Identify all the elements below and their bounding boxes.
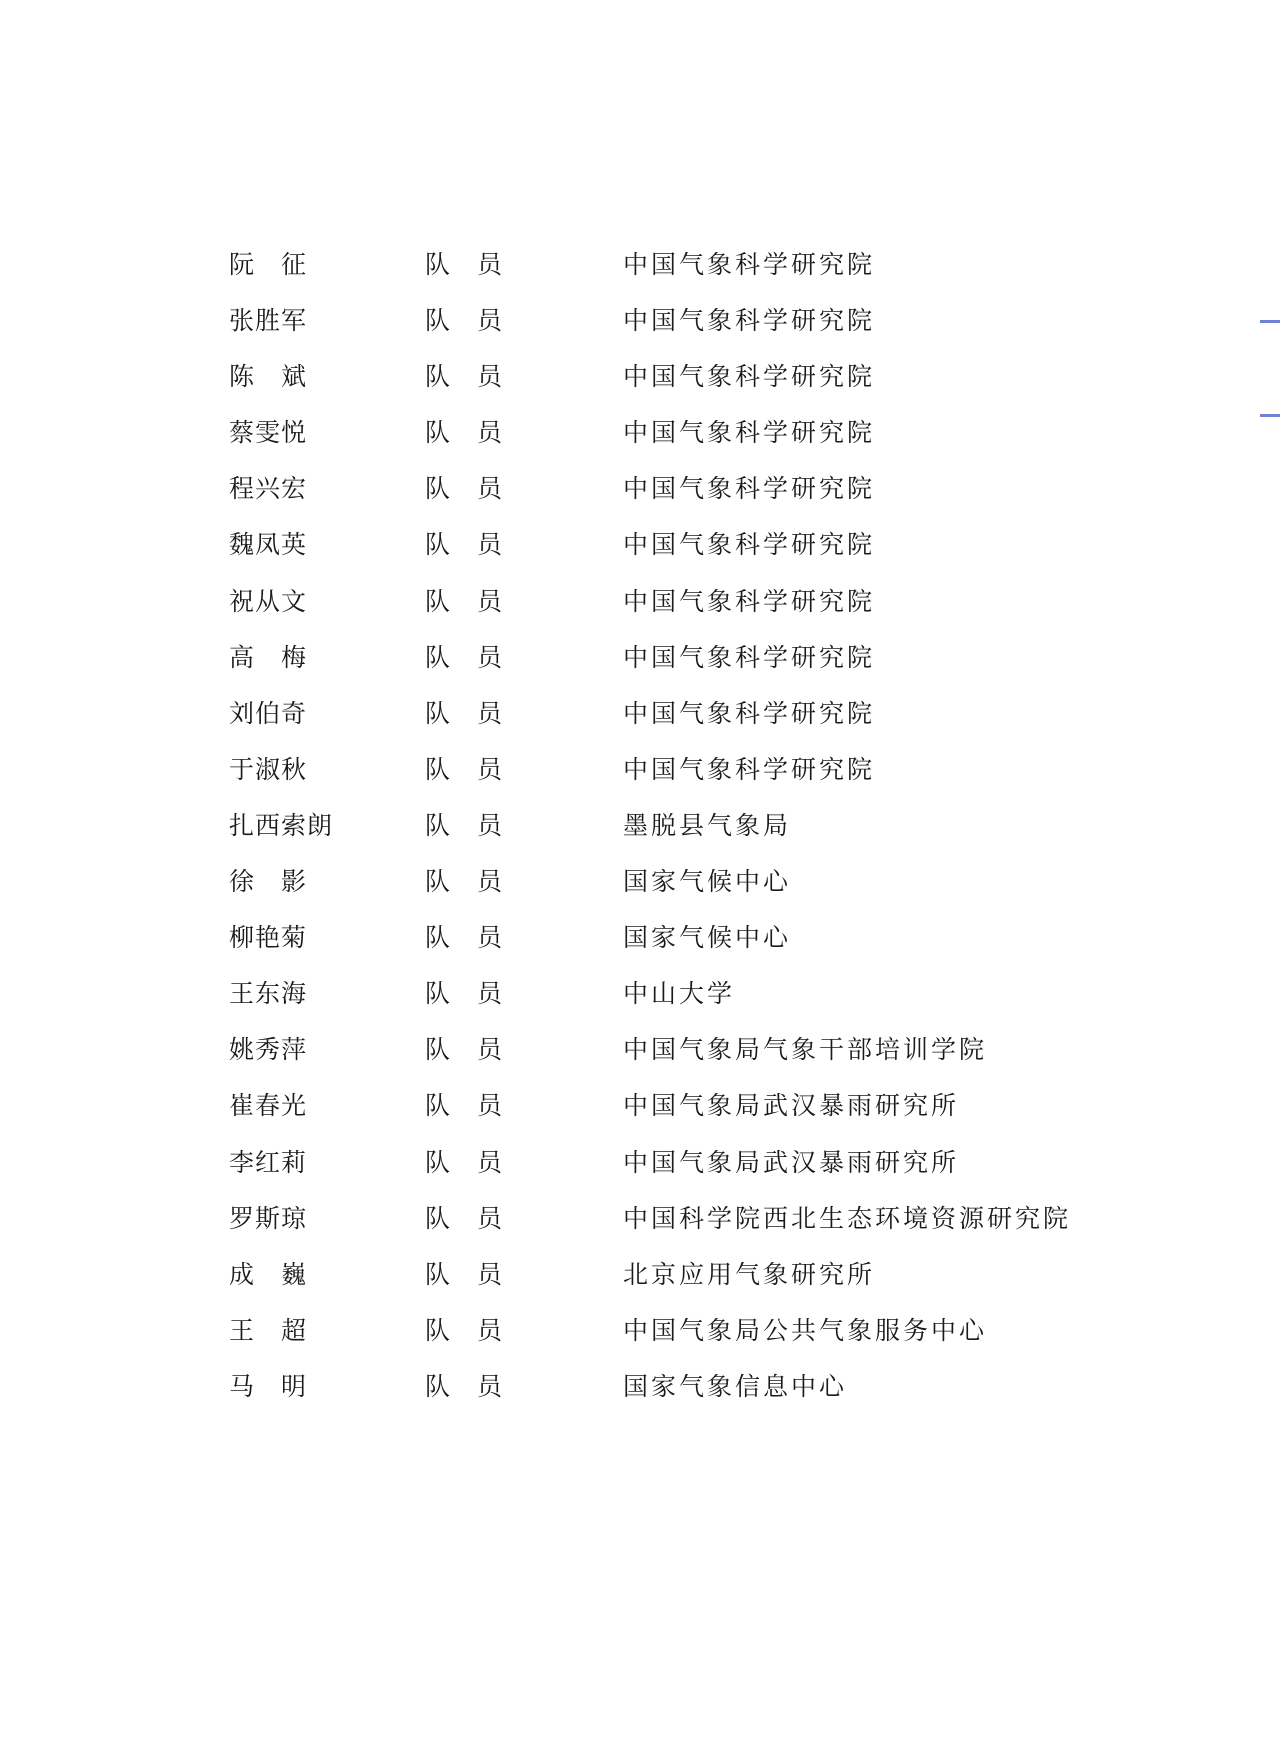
member-name: 柳艳菊 — [229, 922, 409, 954]
member-name: 罗斯琼 — [229, 1203, 409, 1235]
member-role: 队 员 — [425, 361, 545, 393]
member-role: 队 员 — [425, 978, 545, 1010]
member-org: 中国气象科学研究院 — [623, 642, 875, 674]
member-org: 墨脱县气象局 — [623, 810, 791, 842]
member-name: 陈 斌 — [229, 361, 409, 393]
member-org: 中国气象科学研究院 — [623, 698, 875, 730]
member-name: 蔡雯悦 — [229, 417, 409, 449]
member-org: 国家气象信息中心 — [623, 1371, 847, 1403]
member-role: 队 员 — [425, 642, 545, 674]
member-role: 队 员 — [425, 1371, 545, 1403]
member-org: 中国气象局武汉暴雨研究所 — [623, 1090, 959, 1122]
member-role: 队 员 — [425, 586, 545, 618]
member-role: 队 员 — [425, 417, 545, 449]
member-name: 程兴宏 — [229, 473, 409, 505]
member-org: 国家气候中心 — [623, 922, 791, 954]
member-role: 队 员 — [425, 529, 545, 561]
member-org: 中国气象科学研究院 — [623, 361, 875, 393]
member-name: 马 明 — [229, 1371, 409, 1403]
member-role: 队 员 — [425, 305, 545, 337]
member-role: 队 员 — [425, 473, 545, 505]
member-name: 祝从文 — [229, 586, 409, 618]
member-role: 队 员 — [425, 698, 545, 730]
member-role: 队 员 — [425, 1034, 545, 1066]
member-role: 队 员 — [425, 1259, 545, 1291]
member-org: 中国气象科学研究院 — [623, 305, 875, 337]
member-org: 中国科学院西北生态环境资源研究院 — [623, 1203, 1071, 1235]
member-org: 中国气象科学研究院 — [623, 586, 875, 618]
margin-mark — [1260, 320, 1280, 323]
member-role: 队 员 — [425, 1147, 545, 1179]
member-name: 刘伯奇 — [229, 698, 409, 730]
member-name: 李红莉 — [229, 1147, 409, 1179]
member-role: 队 员 — [425, 810, 545, 842]
member-role: 队 员 — [425, 1203, 545, 1235]
member-org: 中国气象科学研究院 — [623, 473, 875, 505]
member-name: 崔春光 — [229, 1090, 409, 1122]
member-org: 中国气象科学研究院 — [623, 249, 875, 281]
member-org: 国家气候中心 — [623, 866, 791, 898]
margin-mark — [1260, 414, 1280, 417]
member-name: 高 梅 — [229, 642, 409, 674]
member-name: 魏凤英 — [229, 529, 409, 561]
member-org: 中国气象局公共气象服务中心 — [623, 1315, 987, 1347]
member-role: 队 员 — [425, 1090, 545, 1122]
member-name: 于淑秋 — [229, 754, 409, 786]
member-role: 队 员 — [425, 249, 545, 281]
member-name: 成 巍 — [229, 1259, 409, 1291]
member-name: 张胜军 — [229, 305, 409, 337]
member-name: 阮 征 — [229, 249, 409, 281]
member-name: 王东海 — [229, 978, 409, 1010]
member-org: 中国气象科学研究院 — [623, 529, 875, 561]
member-name: 徐 影 — [229, 866, 409, 898]
member-role: 队 员 — [425, 922, 545, 954]
member-org: 中国气象科学研究院 — [623, 417, 875, 449]
member-role: 队 员 — [425, 866, 545, 898]
member-org: 北京应用气象研究所 — [623, 1259, 875, 1291]
document-page: 阮 征 队 员 中国气象科学研究院 张胜军 队 员 中国气象科学研究院 陈 斌 … — [0, 0, 1280, 1764]
member-org: 中山大学 — [623, 978, 735, 1010]
member-role: 队 员 — [425, 754, 545, 786]
member-name: 扎西索朗 — [229, 810, 409, 842]
member-org: 中国气象局武汉暴雨研究所 — [623, 1147, 959, 1179]
member-name: 姚秀萍 — [229, 1034, 409, 1066]
member-name: 王 超 — [229, 1315, 409, 1347]
member-org: 中国气象局气象干部培训学院 — [623, 1034, 987, 1066]
member-org: 中国气象科学研究院 — [623, 754, 875, 786]
member-role: 队 员 — [425, 1315, 545, 1347]
